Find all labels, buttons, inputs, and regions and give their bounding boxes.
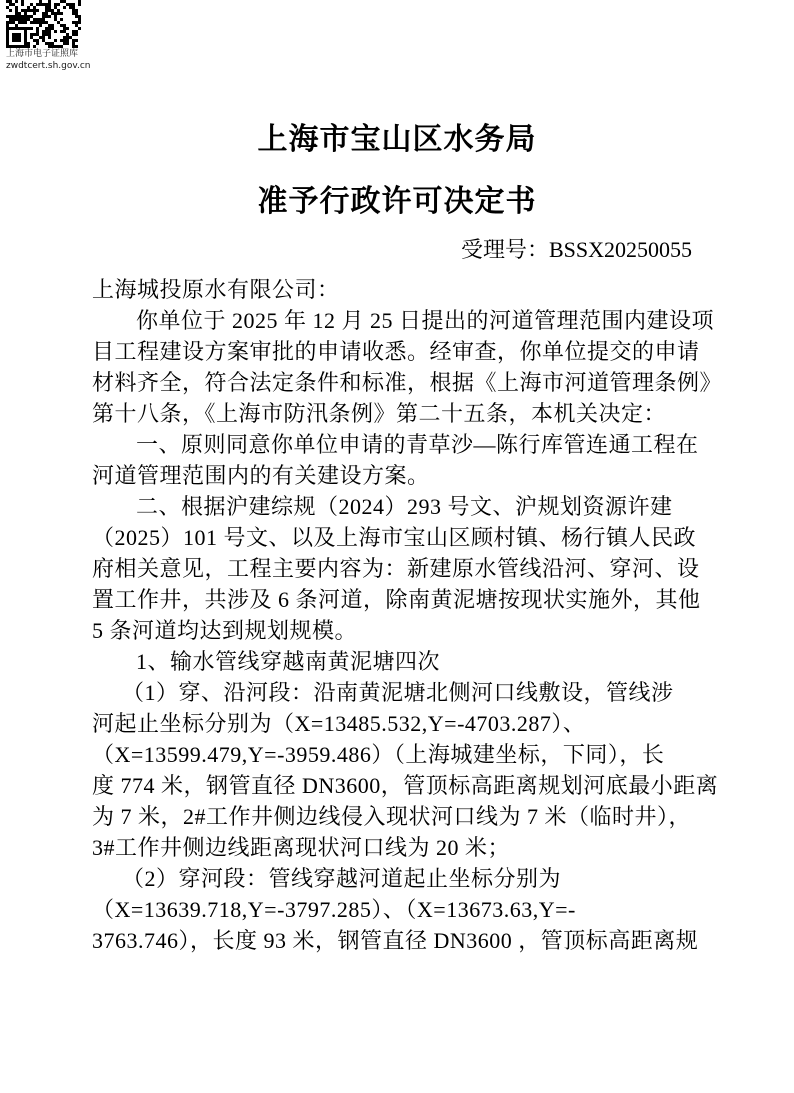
document-line: 目工程建设方案审批的申请收悉。经审查，你单位提交的申请 — [92, 336, 732, 367]
document-line: （X=13639.718,Y=-3797.285）、（X=13673.63,Y=… — [92, 894, 732, 925]
document-title-authority: 上海市宝山区水务局 — [0, 114, 794, 158]
document-body: 上海城投原水有限公司：你单位于 2025 年 12 月 25 日提出的河道管理范… — [92, 274, 732, 956]
qr-block: 上海市电子证照库 zwdtcert.sh.gov.cn — [6, 0, 96, 72]
document-line: 度 774 米，钢管直径 DN3600，管顶标高距离规划河底最小距离 — [92, 770, 732, 801]
document-line: 第十八条，《上海市防汛条例》第二十五条，本机关决定： — [92, 398, 732, 429]
qr-caption-url: zwdtcert.sh.gov.cn — [6, 61, 96, 72]
document-line: 3#工作井侧边线距离现状河口线为 20 米； — [92, 832, 732, 863]
document-line: （2）穿河段：管线穿越河道起止坐标分别为 — [92, 863, 732, 894]
document-line: 置工作井，共涉及 6 条河道，除南黄泥塘按现状实施外，其他 — [92, 584, 732, 615]
qr-caption-library: 上海市电子证照库 — [6, 49, 96, 60]
qr-code-icon — [6, 0, 81, 48]
document-line: 5 条河道均达到规划规模。 — [92, 615, 732, 646]
document-line: 你单位于 2025 年 12 月 25 日提出的河道管理范围内建设项 — [92, 305, 732, 336]
acceptance-number: 受理号：BSSX20250055 — [92, 233, 692, 264]
document-line: 上海城投原水有限公司： — [92, 274, 732, 305]
document-line: 1、输水管线穿越南黄泥塘四次 — [92, 646, 732, 677]
document-line: 二、根据沪建综规（2024）293 号文、沪规划资源许建 — [92, 491, 732, 522]
document-line: 材料齐全，符合法定条件和标准，根据《上海市河道管理条例》 — [92, 367, 732, 398]
document-line: （X=13599.479,Y=-3959.486）（上海城建坐标，下同），长 — [92, 739, 732, 770]
document-line: 为 7 米，2#工作井侧边线侵入现状河口线为 7 米（临时井）， — [92, 801, 732, 832]
document-page: 上海市电子证照库 zwdtcert.sh.gov.cn 上海市宝山区水务局 准予… — [0, 0, 794, 1093]
document-line: 河起止坐标分别为（X=13485.532,Y=-4703.287）、 — [92, 708, 732, 739]
document-title-type: 准予行政许可决定书 — [0, 176, 794, 220]
document-line: 一、原则同意你单位申请的青草沙—陈行库管连通工程在 — [92, 429, 732, 460]
document-line: （2025）101 号文、以及上海市宝山区顾村镇、杨行镇人民政 — [92, 522, 732, 553]
document-line: 府相关意见，工程主要内容为：新建原水管线沿河、穿河、设 — [92, 553, 732, 584]
document-line: （1）穿、沿河段：沿南黄泥塘北侧河口线敷设，管线涉 — [92, 677, 732, 708]
document-line: 3763.746），长度 93 米，钢管直径 DN3600 ，管顶标高距离规 — [92, 925, 732, 956]
document-line: 河道管理范围内的有关建设方案。 — [92, 460, 732, 491]
